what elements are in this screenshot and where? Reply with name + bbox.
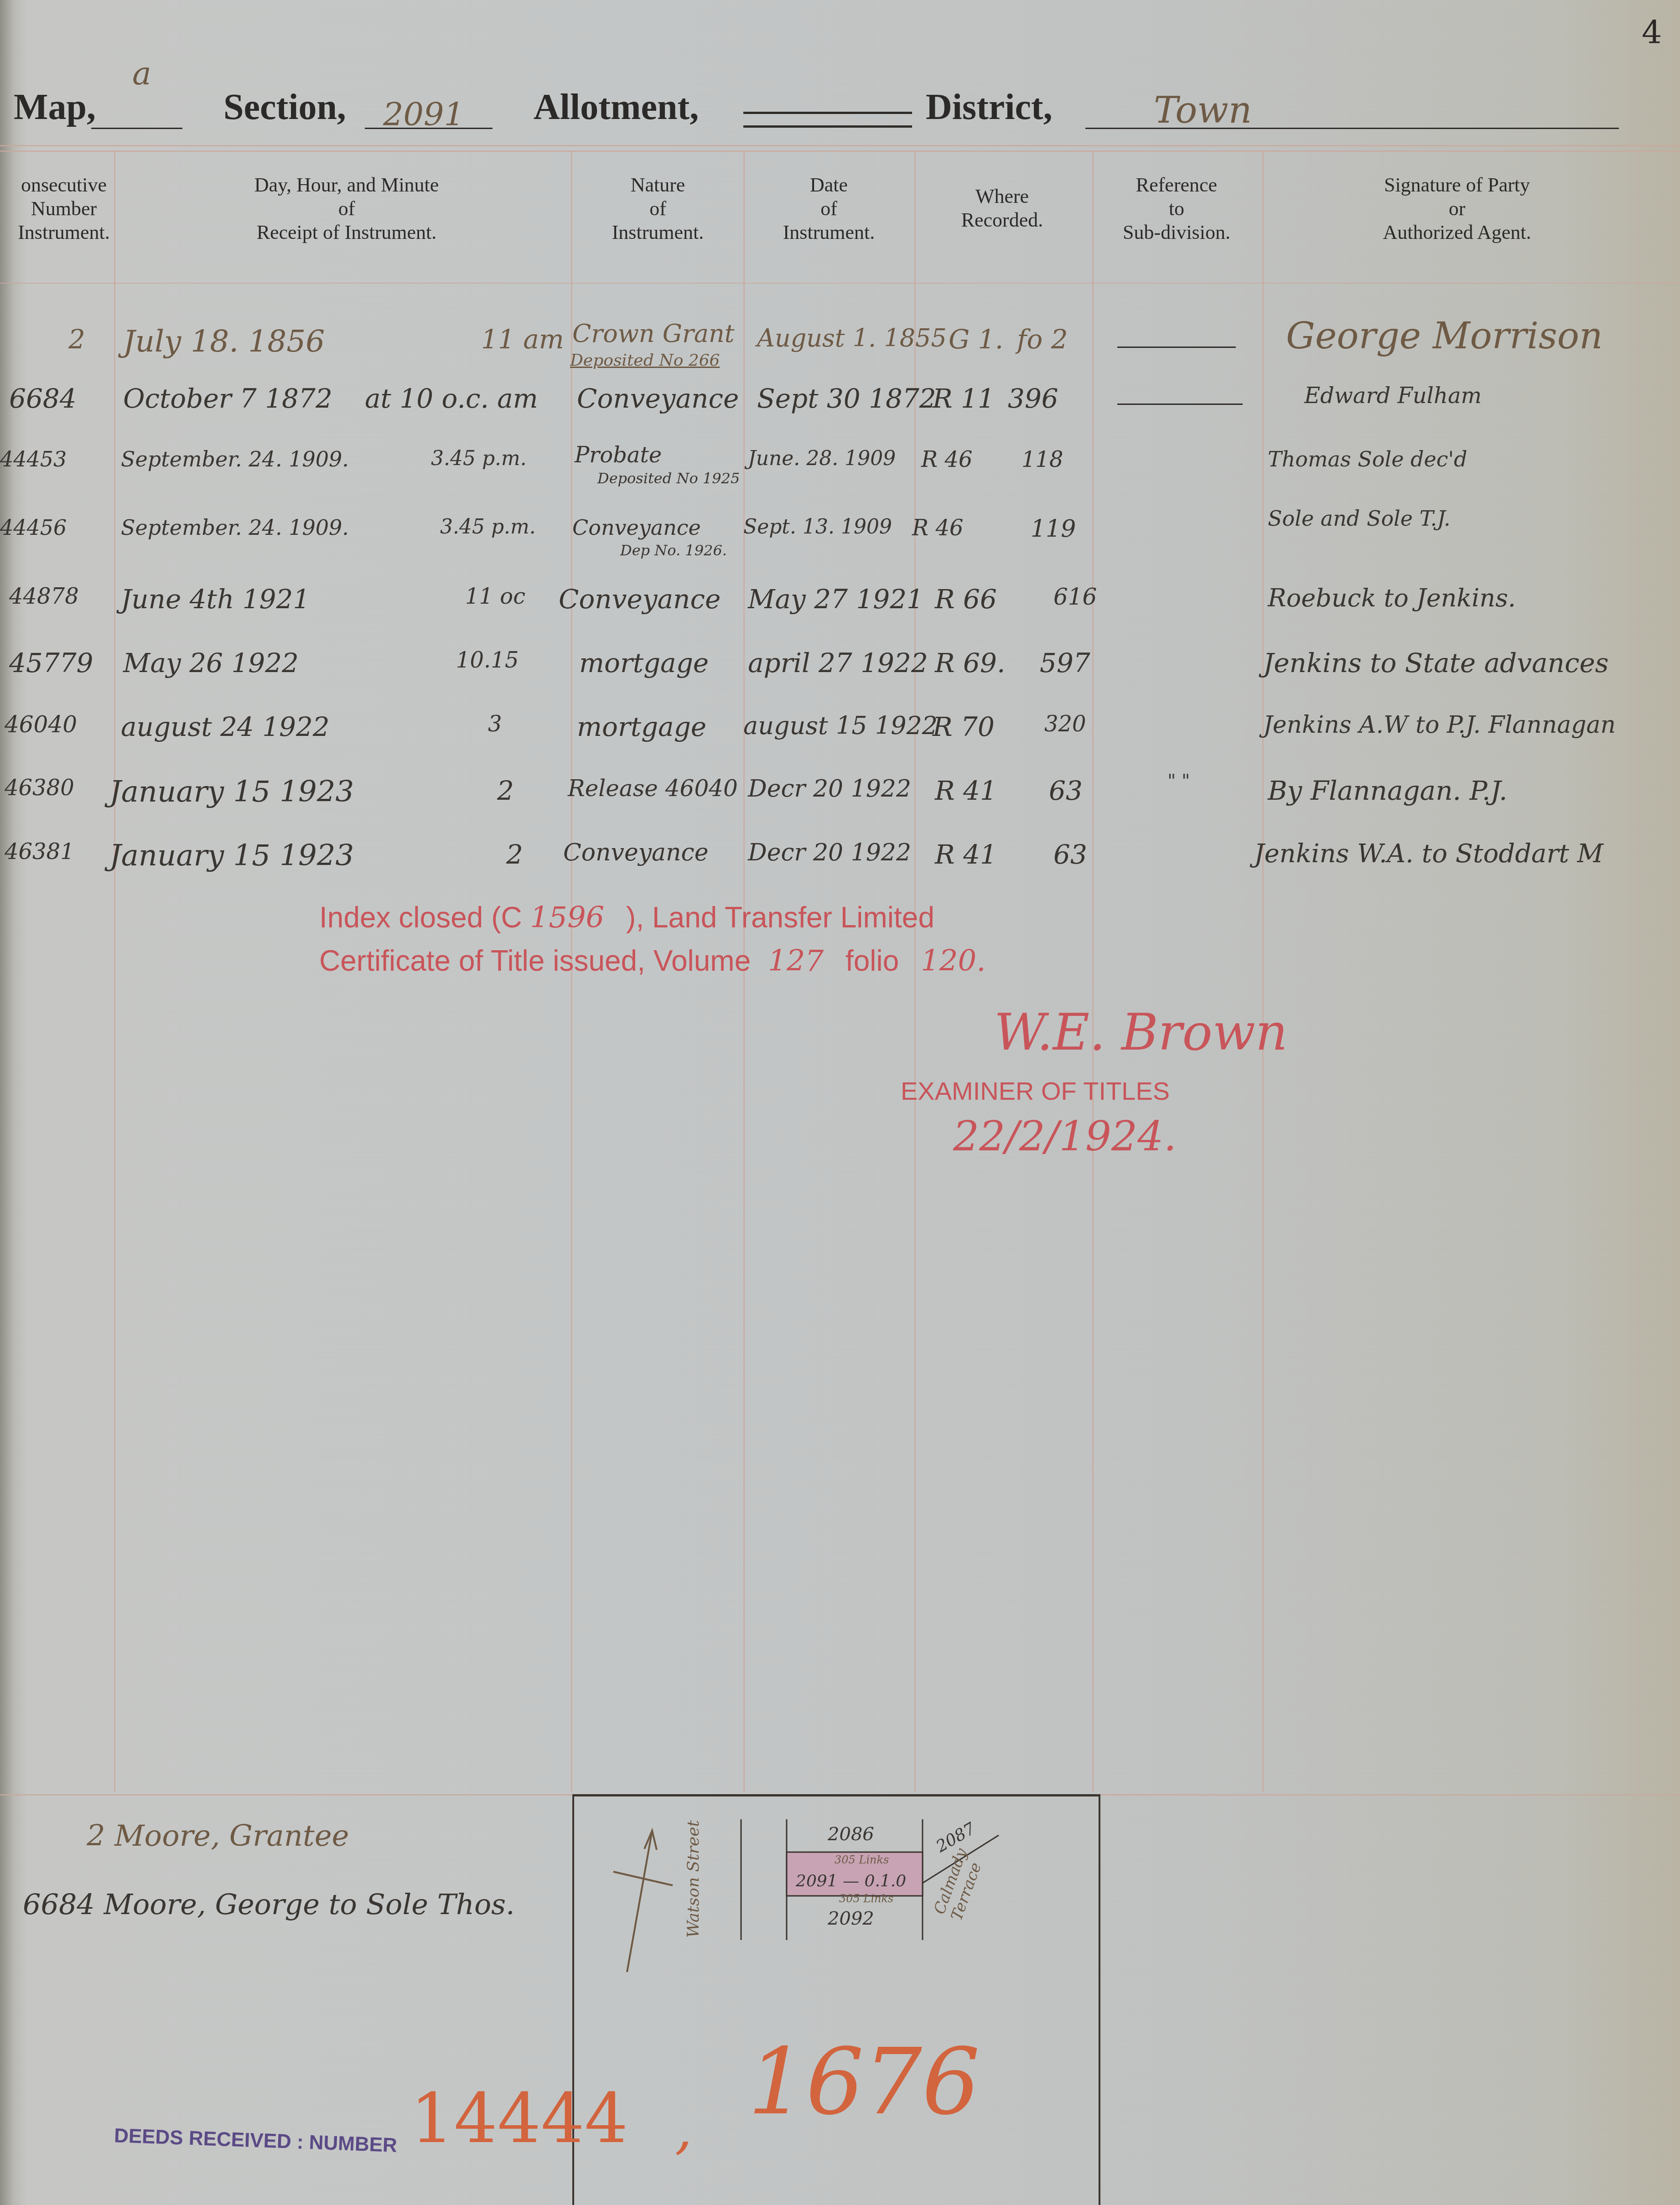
receipt-day: June 4th 1921 [121, 584, 310, 615]
instrument-number: 45779 [9, 647, 93, 678]
receipt-day: May 26 1922 [123, 647, 299, 678]
column-head-line: Instrument. [743, 221, 914, 244]
index-closed-stamp: Index closed (C 1596 ), Land Transfer Li… [319, 901, 934, 935]
receipt-time: 2 [497, 775, 514, 806]
receipt-time: 3.45 p.m. [440, 515, 536, 538]
column-head-line: Instrument. [9, 221, 119, 244]
nature: Crown Grant [572, 319, 734, 348]
column-head-date: Date of Instrument. [743, 173, 914, 244]
instrument-date: Sept 30 1872 [757, 383, 936, 414]
ledger-row: 46040 august 24 1922 3 mortgage august 1… [0, 711, 1680, 775]
stamp-text: Index closed (C [319, 901, 522, 934]
plan-street-left: Watson Street [684, 1820, 703, 1938]
stamp-volume: 127 [768, 944, 824, 978]
examiner-title: EXAMINER OF TITLES [901, 1076, 1170, 1106]
district-value: Town [1154, 89, 1252, 131]
receipt-time: 11 am [481, 324, 564, 355]
column-head-reference: Reference to Sub-division. [1090, 173, 1263, 244]
signature: Jenkins W.A. to Stoddart M [1254, 839, 1603, 869]
where-recorded: R 66 [935, 584, 997, 615]
column-head-line: Day, Hour, and Minute [119, 173, 575, 197]
where-recorded: R 46 [912, 515, 963, 541]
reference: " " [1167, 771, 1190, 792]
plan-lot-main: 2091 — 0.1.0 [796, 1872, 906, 1890]
nature: mortgage [579, 647, 709, 678]
ledger-row: 44456 September. 24. 1909. 3.45 p.m. Con… [0, 515, 1680, 579]
nature: Probate [575, 442, 662, 468]
column-head-line: Where [914, 185, 1090, 208]
nature: Conveyance [572, 515, 701, 540]
stamp-folio-label: folio [845, 944, 899, 977]
receipt-day: July 18. 1856 [123, 324, 325, 359]
signature: Jenkins to State advances [1263, 647, 1609, 678]
deeds-number-2: 1676 [748, 2029, 980, 2135]
nature: Conveyance [563, 839, 709, 866]
receipt-time: 3.45 p.m. [431, 447, 527, 470]
instrument-number: 46040 [5, 711, 77, 738]
column-head-line: of [119, 197, 575, 221]
folio: 396 [1008, 383, 1058, 414]
instrument-number: 44456 [0, 515, 67, 540]
column-head-line: Authorized Agent. [1263, 221, 1651, 244]
column-head-line: Signature of Party [1263, 173, 1651, 197]
examiner-date: 22/2/1924. [953, 1113, 1177, 1160]
reference-dash [1117, 347, 1236, 348]
column-head-line: Date [743, 173, 914, 197]
column-head-line: Recorded. [914, 208, 1090, 232]
receipt-day: September. 24. 1909. [121, 515, 349, 540]
where-recorded: R 41 [935, 775, 997, 806]
header-rule-1 [0, 145, 1680, 146]
column-head-number: onsecutive Number Instrument. [9, 173, 119, 244]
allotment-dash-bottom [743, 125, 912, 128]
instrument-number: 2 [68, 324, 85, 355]
district-label: District, [926, 87, 1053, 128]
where-recorded: R 46 [921, 447, 972, 472]
section-underline [365, 128, 493, 129]
folio: 597 [1040, 647, 1090, 678]
where-recorded: R 70 [933, 711, 995, 742]
map-value: a [132, 55, 151, 92]
receipt-day: January 15 1923 [109, 775, 354, 809]
column-head-line: of [572, 197, 743, 221]
column-head-nature: Nature of Instrument. [572, 173, 743, 244]
map-underline [91, 128, 182, 129]
ledger-row: 45779 May 26 1922 10.15 mortgage april 2… [0, 647, 1680, 711]
header-rule-2 [0, 150, 1680, 152]
where-recorded: R 41 [935, 839, 997, 870]
nature: Release 46040 [568, 775, 738, 802]
plan-dim-top: 305 Links [835, 1853, 889, 1866]
footer-note: 6684 Moore, George to Sole Thos. [23, 1888, 515, 1921]
receipt-time: 11 oc [465, 584, 525, 609]
column-head-line: Nature [572, 173, 743, 197]
ledger-row: 44878 June 4th 1921 11 oc Conveyance May… [0, 584, 1680, 647]
column-head-line: Sub-division. [1090, 221, 1263, 244]
receipt-time: 2 [506, 839, 523, 870]
column-head-line: or [1263, 197, 1651, 221]
ledger-row: 6684 October 7 1872 at 10 o.c. am Convey… [0, 383, 1680, 447]
nature: mortgage [577, 711, 706, 742]
receipt-time: 10.15 [456, 647, 519, 673]
column-head-signature: Signature of Party or Authorized Agent. [1263, 173, 1651, 244]
nature-note: Dep No. 1926. [620, 542, 727, 559]
instrument-number: 46380 [5, 775, 74, 801]
instrument-date: Decr 20 1922 [748, 775, 911, 802]
signature: Jenkins A.W to P.J. Flannagan [1263, 711, 1616, 739]
ledger-row: 46380 January 15 1923 2 Release 46040 De… [0, 775, 1680, 839]
page-number: 4 [1642, 14, 1662, 51]
receipt-day: October 7 1872 [123, 383, 332, 414]
plan-dim-bottom: 305 Links [839, 1892, 893, 1905]
signature: Sole and Sole T.J. [1268, 506, 1451, 531]
instrument-date: april 27 1922 [748, 647, 928, 678]
receipt-day: January 15 1923 [109, 839, 354, 873]
signature: Roebuck to Jenkins. [1268, 584, 1516, 612]
column-head-line: Reference [1090, 173, 1263, 197]
nature-note: Deposited No 266 [570, 351, 720, 370]
instrument-number: 46381 [5, 839, 74, 864]
folio: 320 [1044, 711, 1086, 737]
section-label: Section, [223, 87, 346, 128]
where-recorded: G 1. [949, 324, 1003, 355]
stamp-folio: 120. [921, 944, 986, 978]
deeds-received-label: DEEDS RECEIVED : NUMBER [114, 2124, 397, 2157]
footer-note: 2 Moore, Grantee [87, 1819, 349, 1853]
where-recorded: R 11 [933, 383, 995, 414]
plan-lot-south: 2092 [828, 1908, 874, 1929]
instrument-number: 44878 [9, 584, 79, 609]
stamp-text: ), Land Transfer Limited [626, 901, 934, 934]
instrument-number: 44453 [0, 447, 67, 471]
instrument-date: June. 28. 1909 [748, 447, 896, 470]
column-head-where: Where Recorded. [914, 185, 1090, 232]
where-recorded: R 69. [935, 647, 1005, 678]
stamp-text: Certificate of Title issued, Volume [319, 944, 751, 977]
district-underline [1085, 128, 1619, 129]
signature: Edward Fulham [1304, 383, 1482, 409]
nature: Conveyance [559, 584, 721, 615]
ledger-row: 2 July 18. 1856 11 am Crown Grant Deposi… [0, 315, 1680, 378]
folio: 63 [1049, 775, 1083, 806]
column-head-line: to [1090, 197, 1263, 221]
ledger-row: 44453 September. 24. 1909. 3.45 p.m. Pro… [0, 447, 1680, 511]
instrument-date: August 1. 1855 [757, 324, 947, 352]
plan-lot-north: 2086 [828, 1824, 874, 1845]
instrument-date: Decr 20 1922 [748, 839, 911, 866]
column-head-receipt: Day, Hour, and Minute of Receipt of Inst… [119, 173, 575, 244]
column-head-line: onsecutive [9, 173, 119, 197]
header-rule-3 [0, 283, 1680, 284]
signature: George Morrison [1286, 315, 1603, 357]
column-head-line: Number [9, 197, 119, 221]
folio: 119 [1031, 515, 1076, 543]
allotment-dash-top [743, 112, 912, 114]
column-head-line: Instrument. [572, 221, 743, 244]
folio: 616 [1053, 584, 1097, 610]
stamp-index-number: 1596 [530, 901, 604, 935]
deeds-number: 14444 [410, 2079, 628, 2158]
instrument-number: 6684 [9, 383, 77, 414]
folio: 118 [1021, 447, 1063, 472]
folio: 63 [1053, 839, 1087, 870]
folio: fo 2 [1017, 324, 1068, 355]
receipt-day: September. 24. 1909. [121, 447, 349, 471]
instrument-date: May 27 1921 [748, 584, 923, 615]
deeds-separator: , [675, 2097, 692, 2161]
signature: By Flannagan. P.J. [1268, 775, 1507, 806]
nature-note: Deposited No 1925 [597, 470, 740, 487]
receipt-time: 3 [488, 711, 502, 737]
column-head-line: Receipt of Instrument. [119, 221, 575, 244]
north-arrow-icon [613, 1831, 673, 1972]
allotment-label: Allotment, [534, 87, 699, 128]
column-head-line: of [743, 197, 914, 221]
instrument-date: august 15 1922 [743, 711, 938, 740]
signature: Thomas Sole dec'd [1268, 447, 1467, 471]
ledger-row: 46381 January 15 1923 2 Conveyance Decr … [0, 839, 1680, 903]
examiner-signature: W.E. Brown [994, 1003, 1288, 1061]
certificate-stamp: Certificate of Title issued, Volume 127 … [319, 944, 986, 978]
instrument-date: Sept. 13. 1909 [743, 515, 892, 538]
reference-dash [1117, 404, 1243, 405]
receipt-day: august 24 1922 [121, 711, 330, 742]
map-label: Map, [14, 87, 96, 128]
receipt-time: at 10 o.c. am [365, 383, 538, 414]
nature: Conveyance [577, 383, 739, 414]
